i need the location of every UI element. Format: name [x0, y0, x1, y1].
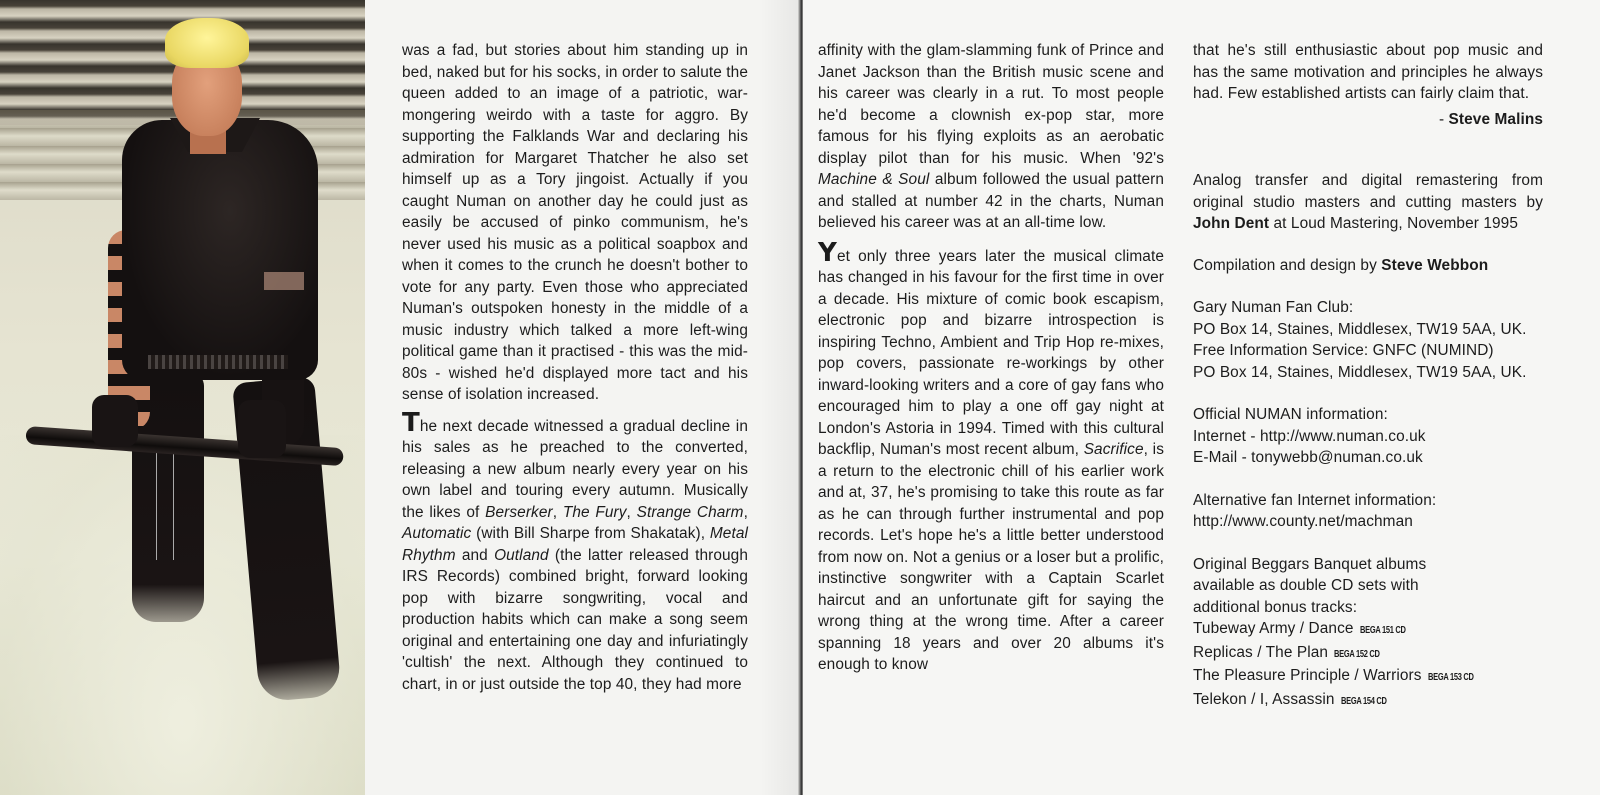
album-item-title: The Pleasure Principle / Warriors [1193, 667, 1422, 684]
album-title: The Fury [563, 504, 627, 521]
info-service: Free Information Service: GNFC (NUMIND) [1193, 340, 1543, 362]
text-run: , [627, 504, 637, 521]
album-title: Berserker [485, 504, 553, 521]
booklet-spread: was a fad, but stories about him standin… [0, 0, 1600, 795]
text-run: , is a return to the electronic chill of… [818, 441, 1164, 673]
author-name: Steve Malins [1449, 111, 1543, 128]
paragraph: affinity with the glam-slamming funk of … [818, 40, 1164, 234]
closing-paragraph: that he's still enthusiastic about pop m… [1193, 40, 1543, 105]
figure-armband [264, 272, 304, 290]
album-item: The Pleasure Principle / WarriorsBEGA 15… [1193, 665, 1543, 689]
artist-photo [0, 0, 365, 795]
fan-club-address: PO Box 14, Staines, Middlesex, TW19 5AA,… [1193, 319, 1543, 341]
text-run: at Loud Mastering, November 1995 [1269, 215, 1518, 232]
figure-hair [165, 18, 249, 68]
fan-club-info: Gary Numan Fan Club: PO Box 14, Staines,… [1193, 297, 1543, 383]
drop-cap: Y [818, 238, 837, 268]
catalog-number: BEGA 152 CD [1334, 644, 1380, 666]
paragraph: The next decade witnessed a gradual decl… [402, 414, 748, 696]
album-title: Automatic [402, 525, 471, 542]
album-item: Telekon / I, AssassinBEGA 154 CD [1193, 689, 1543, 713]
figure-left-glove [92, 395, 138, 447]
author-signature: - Steve Malins [1193, 109, 1543, 131]
album-title: Outland [494, 547, 549, 564]
mastering-credit: Analog transfer and digital remastering … [1193, 170, 1543, 235]
text-column-3: that he's still enthusiastic about pop m… [1193, 40, 1543, 712]
text-run: et only three years later the musical cl… [818, 248, 1164, 459]
figure-right-glove [238, 400, 286, 458]
compilation-credit: Compilation and design by Steve Webbon [1193, 255, 1543, 277]
text-run: Analog transfer and digital remastering … [1193, 172, 1543, 211]
info-service-address: PO Box 14, Staines, Middlesex, TW19 5AA,… [1193, 362, 1543, 384]
album-title: Machine & Soul [818, 171, 929, 188]
album-item: Tubeway Army / DanceBEGA 151 CD [1193, 618, 1543, 642]
catalog-number: BEGA 154 CD [1341, 691, 1387, 713]
text-run: and [456, 547, 494, 564]
text-column-1: was a fad, but stories about him standin… [402, 40, 748, 703]
official-info: Official NUMAN information: Internet - h… [1193, 404, 1543, 469]
left-page: was a fad, but stories about him standin… [0, 0, 800, 795]
album-item-title: Tubeway Army / Dance [1193, 620, 1354, 637]
alternative-heading: Alternative fan Internet information: [1193, 490, 1543, 512]
engineer-name: John Dent [1193, 215, 1269, 232]
fan-club-heading: Gary Numan Fan Club: [1193, 297, 1543, 319]
alternative-url: http://www.county.net/machman [1193, 511, 1543, 533]
album-list: Original Beggars Banquet albums availabl… [1193, 554, 1543, 713]
paragraph: was a fad, but stories about him standin… [402, 40, 748, 406]
paragraph: Yet only three years later the musical c… [818, 244, 1164, 676]
drop-cap: T [402, 408, 420, 438]
alternative-info: Alternative fan Internet information: ht… [1193, 490, 1543, 533]
text-run: affinity with the glam-slamming funk of … [818, 42, 1164, 167]
catalog-number: BEGA 151 CD [1360, 620, 1406, 642]
text-run: , [744, 504, 748, 521]
signature-dash: - [1439, 111, 1449, 128]
spine-shadow-left [760, 0, 798, 795]
album-title: Strange Charm [637, 504, 744, 521]
designer-name: Steve Webbon [1381, 257, 1488, 274]
albums-intro: additional bonus tracks: [1193, 597, 1543, 619]
albums-intro: Original Beggars Banquet albums [1193, 554, 1543, 576]
albums-intro: available as double CD sets with [1193, 575, 1543, 597]
official-email: E-Mail - tonywebb@numan.co.uk [1193, 447, 1543, 469]
album-item-title: Replicas / The Plan [1193, 644, 1328, 661]
official-website: Internet - http://www.numan.co.uk [1193, 426, 1543, 448]
text-run: Compilation and design by [1193, 257, 1381, 274]
text-run: , [553, 504, 563, 521]
album-item: Replicas / The PlanBEGA 152 CD [1193, 642, 1543, 666]
figure-torso [122, 120, 318, 380]
figure-studded-belt [148, 355, 288, 369]
text-column-2: affinity with the glam-slamming funk of … [818, 40, 1164, 684]
text-run: (the latter released through IRS Records… [402, 547, 748, 693]
catalog-number: BEGA 153 CD [1428, 667, 1474, 689]
official-heading: Official NUMAN information: [1193, 404, 1543, 426]
text-run: (with Bill Sharpe from Shakatak), [471, 525, 710, 542]
album-item-title: Telekon / I, Assassin [1193, 691, 1335, 708]
album-title: Sacrifice [1084, 441, 1144, 458]
figure-leg-stripes [148, 450, 188, 560]
